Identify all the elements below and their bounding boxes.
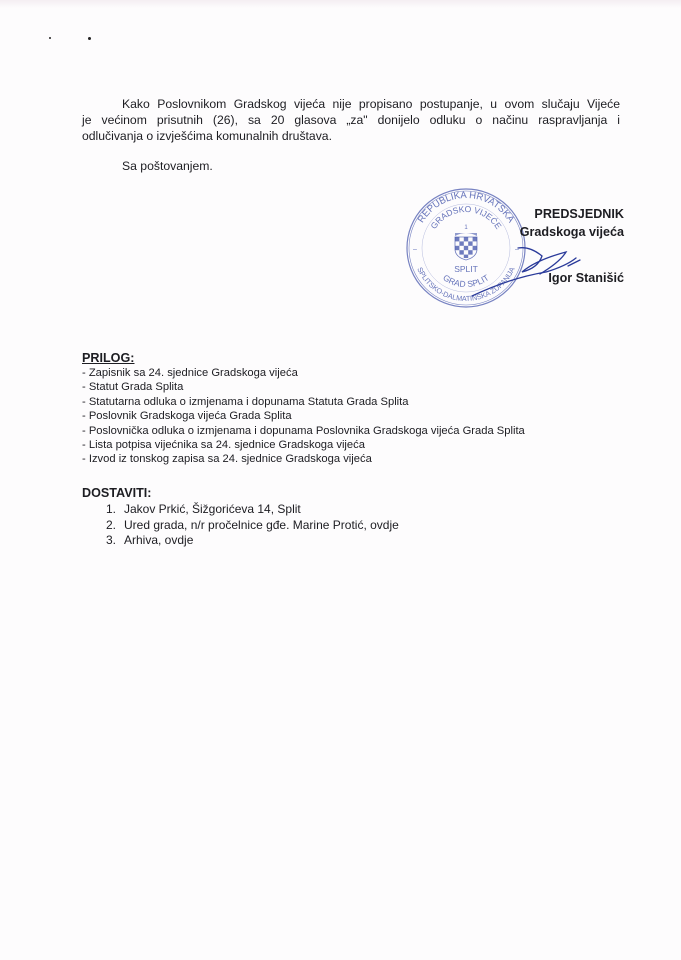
svg-text:1: 1 [464,225,468,231]
list-item: Statut Grada Splita [82,380,525,394]
list-item: Zapisnik sa 24. sjednice Gradskoga vijeć… [82,366,525,380]
body-paragraph: Kako Poslovnikom Gradskog vijeća nije pr… [82,96,620,144]
list-item: Poslovnik Gradskoga vijeća Grada Splita [82,409,525,423]
list-item: Izvod iz tonskog zapisa sa 24. sjednice … [82,452,525,466]
attachments-heading: PRILOG: [82,351,134,365]
handwritten-signature [470,238,590,298]
document-page: Kako Poslovnikom Gradskog vijeća nije pr… [0,0,681,960]
signatory-title: PREDSJEDNIK [520,205,624,223]
closing-salutation: Sa poštovanjem. [122,159,213,173]
list-item: 2.Ured grada, n/r pročelnice gđe. Marine… [106,518,399,534]
list-item: Poslovnička odluka o izmjenama i dopunam… [82,424,525,438]
list-item: Lista potpisa vijećnika sa 24. sjednice … [82,438,525,452]
delivery-list: 1.Jakov Prkić, Šižgorićeva 14, Split 2.U… [106,502,399,549]
body-line: odlučivanja o izvješćima komunalnih druš… [82,128,620,144]
scan-speck [49,37,51,39]
scan-edge [0,0,681,8]
attachments-list: Zapisnik sa 24. sjednice Gradskoga vijeć… [82,366,525,467]
delivery-heading: DOSTAVITI: [82,486,152,500]
list-item: 1.Jakov Prkić, Šižgorićeva 14, Split [106,502,399,518]
list-item: Statutarna odluka o izmjenama i dopunama… [82,395,525,409]
scan-speck [88,37,91,40]
svg-text:–: – [413,246,417,253]
body-line: je većinom prisutnih (26), sa 20 glasova… [82,112,620,128]
list-item: 3.Arhiva, ovdje [106,533,399,549]
body-line: Kako Poslovnikom Gradskog vijeća nije pr… [82,96,620,112]
